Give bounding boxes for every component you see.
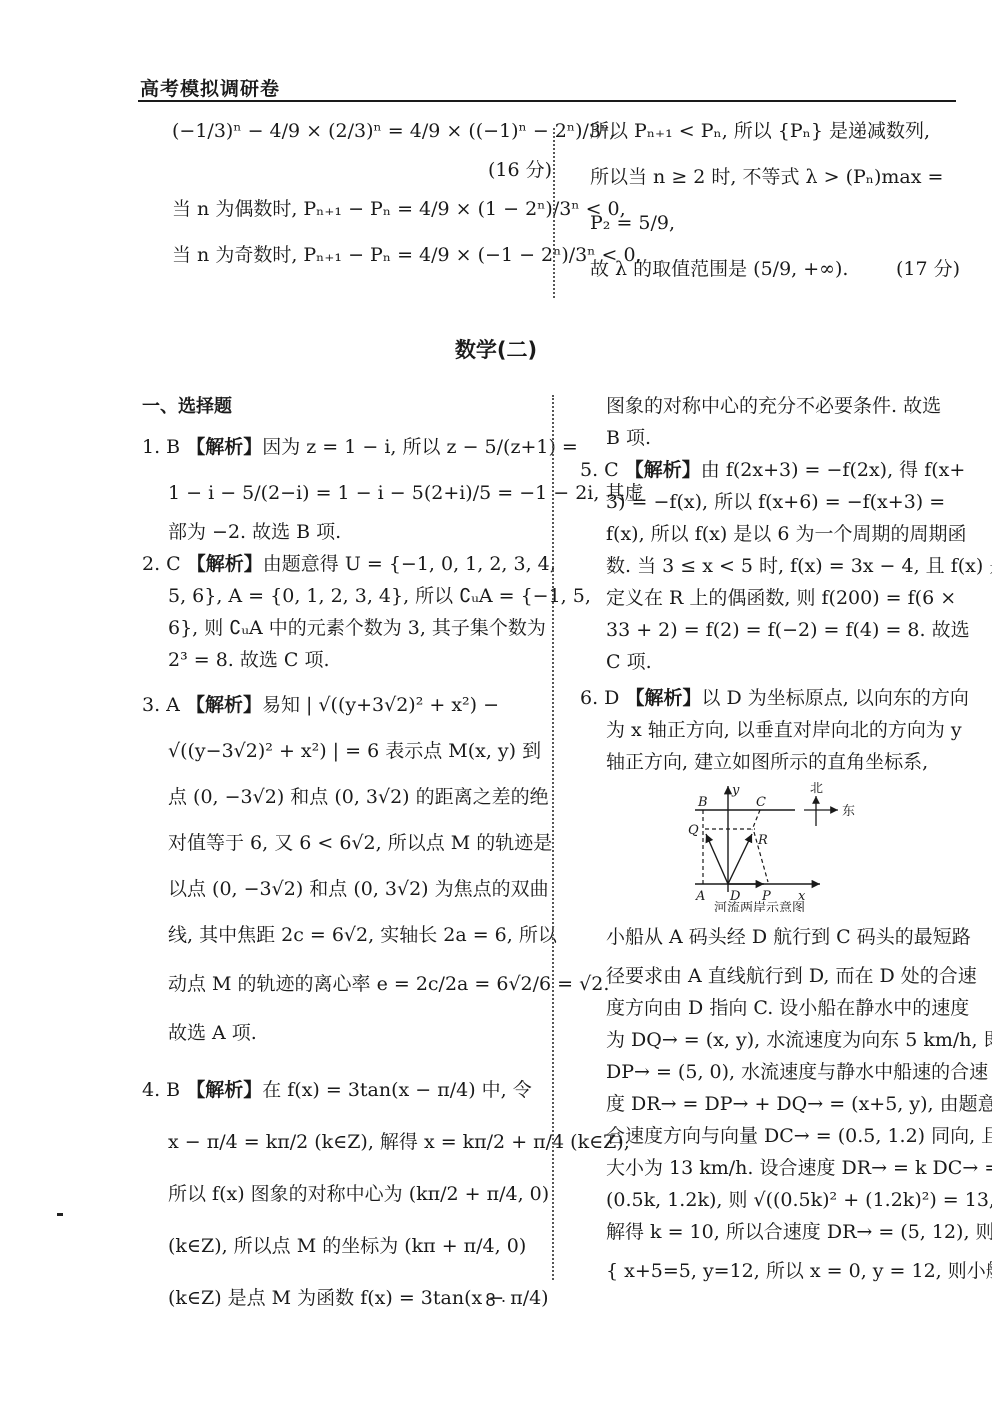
- score-label: (16 分): [172, 154, 552, 186]
- scan-mark: [57, 1213, 63, 1216]
- text-line: 数. 当 3 ≤ x < 5 时, f(x) = 3x − 4, 且 f(x) …: [580, 550, 960, 582]
- page-header: 高考模拟调研卷: [138, 72, 956, 102]
- top-right-continuation: 所以 Pₙ₊₁ < Pₙ, 所以 {Pₙ} 是递减数列, 所以当 n ≥ 2 时…: [590, 108, 960, 292]
- text-line: P₂ = 5/9,: [590, 200, 960, 246]
- column-divider: [552, 395, 554, 1280]
- answer-label: 6. D: [580, 687, 619, 709]
- label-north: 北: [810, 782, 823, 796]
- text-line: 轴正方向, 建立如图所示的直角坐标系,: [580, 746, 960, 778]
- header-title: 高考模拟调研卷: [140, 74, 280, 101]
- text-line: 1 − i − 5/(2−i) = 1 − i − 5(2+i)/5 = −1 …: [142, 470, 542, 516]
- answer-label: 4. B: [142, 1079, 180, 1101]
- text-line: 因为 z = 1 − i, 所以 z − 5/(z+1) =: [262, 436, 578, 458]
- text-line: B 项.: [580, 422, 960, 454]
- answer-label: 2. C: [142, 553, 181, 575]
- text-line: 2³ = 8. 故选 C 项.: [142, 644, 542, 676]
- text-line: 点 (0, −3√2) 和点 (0, 3√2) 的距离之差的绝: [142, 774, 542, 820]
- text-line: 动点 M 的轨迹的离心率 e = 2c/2a = 6√2/6 = √2.: [142, 958, 542, 1010]
- score-label: (17 分): [896, 246, 960, 292]
- column-divider: [553, 128, 555, 298]
- answer-label: 3. A: [142, 694, 180, 716]
- analysis-tag: 【解析】: [186, 694, 262, 716]
- question-2: 2. C 【解析】由题意得 U = {−1, 0, 1, 2, 3, 4, 5,…: [142, 548, 542, 676]
- text-line: C 项.: [580, 646, 960, 678]
- text-line: 6}, 则 ∁ᵤA 中的元素个数为 3, 其子集个数为: [142, 612, 542, 644]
- text-line: 解得 k = 10, 所以合速度 DR→ = (5, 12), 则: [580, 1216, 960, 1248]
- answer-label: 1. B: [142, 436, 180, 458]
- text-line: (k∈Z), 所以点 M 的坐标为 (kπ + π/4, 0): [142, 1220, 542, 1272]
- text-line: 部为 −2. 故选 B 项.: [142, 516, 542, 548]
- text-line: 径要求由 A 直线航行到 D, 而在 D 处的合速: [580, 960, 960, 992]
- text-line: 为 DQ→ = (x, y), 水流速度为向东 5 km/h, 即: [580, 1024, 960, 1056]
- answer-text: 故 λ 的取值范围是 (5/9, +∞).: [590, 246, 848, 292]
- label-r: R: [757, 833, 768, 848]
- analysis-tag: 【解析】: [186, 436, 262, 458]
- text-line: 3) = −f(x), 所以 f(x+6) = −f(x+3) =: [580, 486, 960, 518]
- right-column: 图象的对称中心的充分不必要条件. 故选 B 项. 5. C 【解析】由 f(2x…: [580, 390, 960, 1294]
- text-line: 定义在 R 上的偶函数, 则 f(200) = f(6 ×: [580, 582, 960, 614]
- label-q: Q: [688, 823, 699, 838]
- text-line: 以点 (0, −3√2) 和点 (0, 3√2) 为焦点的双曲: [142, 866, 542, 912]
- analysis-tag: 【解析】: [186, 1079, 262, 1101]
- question-5: 5. C 【解析】由 f(2x+3) = −f(2x), 得 f(x+ 3) =…: [580, 454, 960, 678]
- text-line: 由题意得 U = {−1, 0, 1, 2, 3, 4,: [263, 553, 556, 575]
- river-diagram: B C Q R A D P x y 北 东 河流两岸示意图: [670, 782, 870, 912]
- question-3: 3. A 【解析】易知 | √((y+3√2)² + x²) − √((y−3√…: [142, 682, 542, 1056]
- text-line: 为 x 轴正方向, 以垂直对岸向北的方向为 y: [580, 714, 960, 746]
- formula-line: (−1/3)ⁿ − 4/9 × (2/3)ⁿ = 4/9 × ((−1)ⁿ − …: [172, 108, 552, 154]
- top-left-continuation: (−1/3)ⁿ − 4/9 × (2/3)ⁿ = 4/9 × ((−1)ⁿ − …: [172, 108, 552, 278]
- text-line: 图象的对称中心的充分不必要条件. 故选: [580, 390, 960, 422]
- text-line: { x+5=5, y=12, 所以 x = 0, y = 12, 则小船在静水: [580, 1248, 960, 1294]
- text-line: (0.5k, 1.2k), 则 √((0.5k)² + (1.2k)²) = 1…: [580, 1184, 960, 1216]
- text-line: 度方向由 D 指向 C. 设小船在静水中的速度: [580, 992, 960, 1024]
- text-line: 由 f(2x+3) = −f(2x), 得 f(x+: [701, 459, 966, 481]
- label-east: 东: [842, 804, 855, 819]
- text-line: 线, 其中焦距 2c = 6√2, 实轴长 2a = 6, 所以: [142, 912, 542, 958]
- text-line: 33 + 2) = f(2) = f(−2) = f(4) = 8. 故选: [580, 614, 960, 646]
- label-b: B: [697, 795, 708, 810]
- left-column: 一、选择题 1. B 【解析】因为 z = 1 − i, 所以 z − 5/(z…: [142, 390, 542, 1324]
- answer-line: 故 λ 的取值范围是 (5/9, +∞). (17 分): [590, 246, 960, 292]
- analysis-tag: 【解析】: [625, 459, 701, 481]
- label-a: A: [695, 889, 705, 904]
- formula-line: 当 n 为奇数时, Pₙ₊₁ − Pₙ = 4/9 × (−1 − 2ⁿ)/3ⁿ…: [172, 232, 552, 278]
- label-c: C: [756, 795, 766, 810]
- river-diagram-figure: B C Q R A D P x y 北 东 河流两岸示意图: [670, 782, 870, 912]
- text-line: 小船从 A 码头经 D 航行到 C 码头的最短路: [580, 914, 960, 960]
- text-line: DP→ = (5, 0), 水流速度与静水中船速的合速: [580, 1056, 960, 1088]
- text-line: 所以 f(x) 图象的对称中心为 (kπ/2 + π/4, 0): [142, 1168, 542, 1220]
- subhead-multiple-choice: 一、选择题: [142, 390, 542, 424]
- text-line: 所以 Pₙ₊₁ < Pₙ, 所以 {Pₙ} 是递减数列,: [590, 108, 960, 154]
- label-y: y: [731, 783, 740, 798]
- question-1: 1. B 【解析】因为 z = 1 − i, 所以 z − 5/(z+1) = …: [142, 424, 542, 548]
- text-line: 故选 A 项.: [142, 1010, 542, 1056]
- text-line: 对值等于 6, 又 6 < 6√2, 所以点 M 的轨迹是: [142, 820, 542, 866]
- text-line: 合速度方向与向量 DC→ = (0.5, 1.2) 同向, 且: [580, 1120, 960, 1152]
- answer-label: 5. C: [580, 459, 619, 481]
- question-4: 4. B 【解析】在 f(x) = 3tan(x − π/4) 中, 令 x −…: [142, 1064, 542, 1324]
- text-line: f(x), 所以 f(x) 是以 6 为一个周期的周期函: [580, 518, 960, 550]
- text-line: 度 DR→ = DP→ + DQ→ = (x+5, y), 由题意可知: [580, 1088, 960, 1120]
- formula-line: 当 n 为偶数时, Pₙ₊₁ − Pₙ = 4/9 × (1 − 2ⁿ)/3ⁿ …: [172, 186, 552, 232]
- text-line: 大小为 13 km/h. 设合速度 DR→ = k DC→ =: [580, 1152, 960, 1184]
- text-line: 以 D 为坐标原点, 以向东的方向: [701, 687, 968, 709]
- text-line: 5, 6}, A = {0, 1, 2, 3, 4}, 所以 ∁ᵤA = {−1…: [142, 580, 542, 612]
- analysis-tag: 【解析】: [625, 687, 701, 709]
- text-line: 易知 | √((y+3√2)² + x²) −: [262, 694, 499, 716]
- text-line: 在 f(x) = 3tan(x − π/4) 中, 令: [262, 1079, 532, 1101]
- section-title: 数学(二): [0, 334, 992, 364]
- analysis-tag: 【解析】: [187, 553, 263, 575]
- diagram-caption: 河流两岸示意图: [714, 900, 805, 912]
- text-line: √((y−3√2)² + x²) | = 6 表示点 M(x, y) 到: [142, 728, 542, 774]
- page-number: 8 ·: [0, 1290, 992, 1311]
- question-6: 6. D 【解析】以 D 为坐标原点, 以向东的方向 为 x 轴正方向, 以垂直…: [580, 682, 960, 1294]
- text-line: 所以当 n ≥ 2 时, 不等式 λ > (Pₙ)max =: [590, 154, 960, 200]
- text-line: x − π/4 = kπ/2 (k∈Z), 解得 x = kπ/2 + π/4 …: [142, 1116, 542, 1168]
